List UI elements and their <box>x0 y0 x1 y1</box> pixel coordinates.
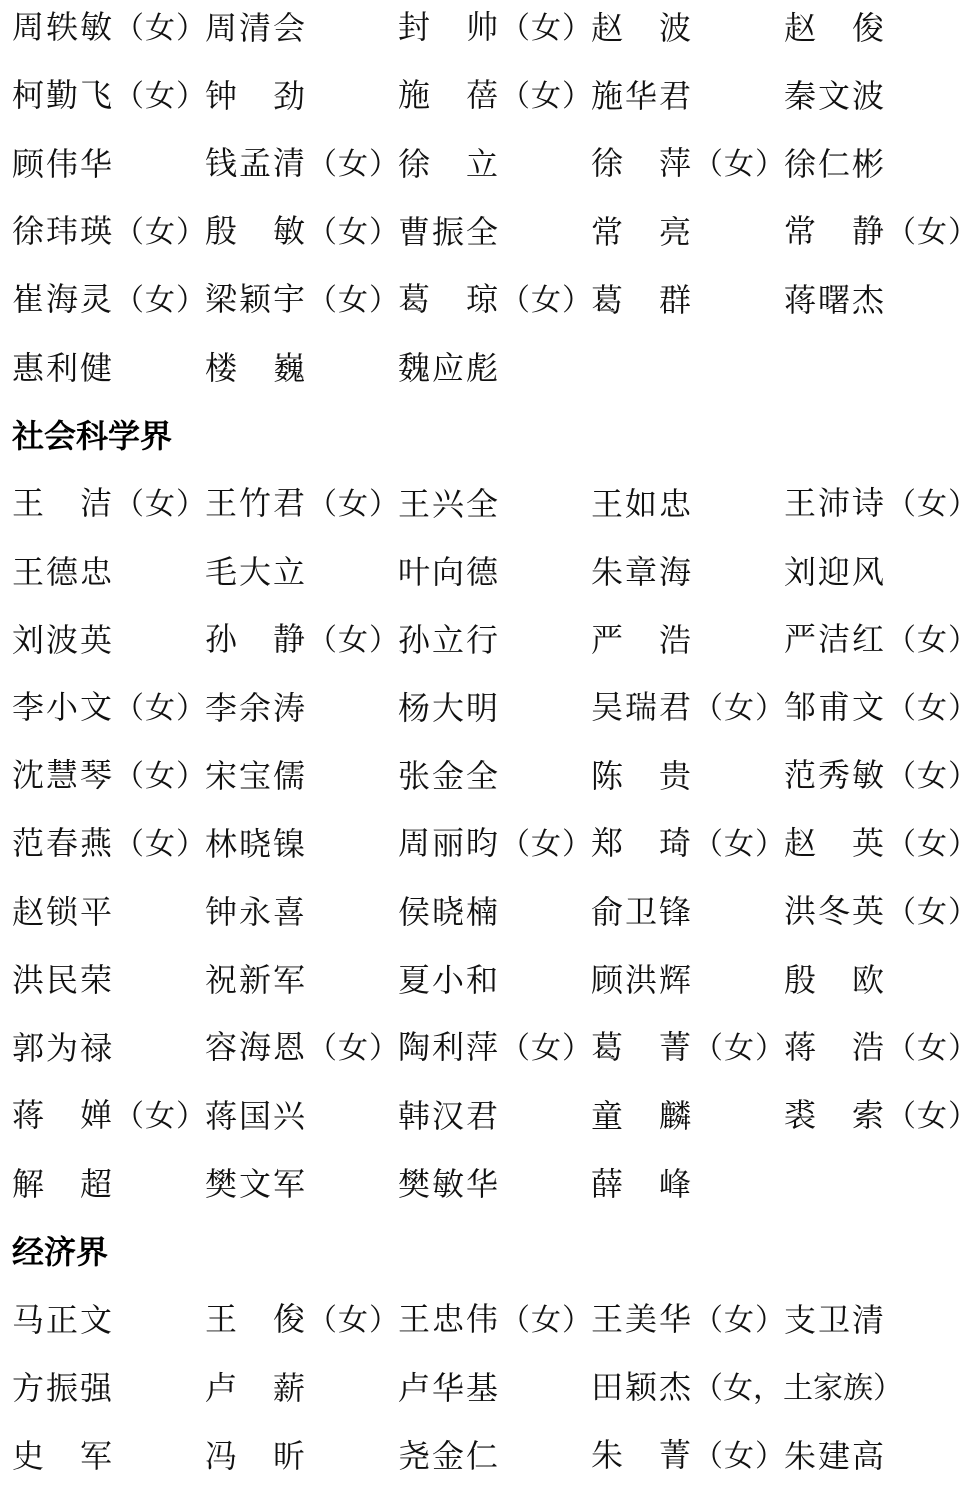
sections-container: 周轶敏（女）周清会封 帅（女）赵 波赵 俊柯勤飞（女）钟 劲施 蓓（女）施华君秦… <box>12 0 974 1490</box>
name-entry: 卢华基 <box>398 1354 591 1422</box>
name-entry: 支卫清 <box>784 1286 974 1354</box>
name-entry: 童 麟 <box>591 1082 784 1150</box>
name-entry: 秦文波 <box>784 62 974 130</box>
name-entry: 孙 静（女） <box>205 605 398 675</box>
name-entry: 洪冬英（女） <box>784 877 974 947</box>
name-entry: 范秀敏（女） <box>784 741 974 811</box>
name-entry: 崔海灵（女） <box>12 265 205 335</box>
name-entry: 魏应彪 <box>398 334 591 402</box>
name-entry: 赵 英（女） <box>784 809 974 879</box>
name-entry: 李小文（女） <box>12 673 205 743</box>
name-entry: 李余涛 <box>205 674 398 742</box>
name-entry: 夏小和 <box>398 946 591 1014</box>
name-entry: 王竹君（女） <box>205 469 398 539</box>
name-entry: 王沛诗（女） <box>784 469 974 539</box>
name-entry: 林晓镍 <box>205 810 398 878</box>
names-grid: 马正文王 俊（女）王忠伟（女）王美华（女）支卫清方振强卢 薪卢华基田颖杰（女，土… <box>12 1286 974 1490</box>
name-entry: 陶利萍（女） <box>398 1013 591 1083</box>
name-entry: 冯 昕 <box>205 1422 398 1490</box>
name-entry: 王 洁（女） <box>12 469 205 539</box>
name-entry: 赵 俊 <box>784 0 974 62</box>
name-entry: 常 静（女） <box>784 197 974 267</box>
name-entry: 樊敏华 <box>398 1150 591 1218</box>
name-entry: 解 超 <box>12 1150 205 1218</box>
name-entry: 裘 索（女） <box>784 1081 974 1151</box>
name-entry: 祝新军 <box>205 946 398 1014</box>
name-entry: 朱建高 <box>784 1422 974 1490</box>
section-heading: 社会科学界 <box>12 402 974 470</box>
name-entry: 王 俊（女） <box>205 1285 398 1355</box>
name-entry: 殷 欧 <box>784 946 974 1014</box>
section: 经济界马正文王 俊（女）王忠伟（女）王美华（女）支卫清方振强卢 薪卢华基田颖杰（… <box>12 1218 974 1490</box>
name-entry: 郭为禄 <box>12 1014 205 1082</box>
name-entry: 朱章海 <box>591 538 784 606</box>
name-entry: 薛 峰 <box>591 1150 784 1218</box>
name-entry: 顾伟华 <box>12 130 205 198</box>
name-entry: 葛 群 <box>591 266 784 334</box>
section: 周轶敏（女）周清会封 帅（女）赵 波赵 俊柯勤飞（女）钟 劲施 蓓（女）施华君秦… <box>12 0 974 402</box>
name-entry: 孙立行 <box>398 606 591 674</box>
name-entry: 陈 贵 <box>591 742 784 810</box>
name-entry: 蒋 婵（女） <box>12 1081 205 1151</box>
name-entry: 葛 菁（女） <box>591 1013 784 1083</box>
name-entry: 梁颖宇（女） <box>205 265 398 335</box>
name-entry: 史 军 <box>12 1422 205 1490</box>
name-entry: 施 蓓（女） <box>398 61 591 131</box>
name-entry: 杨大明 <box>398 674 591 742</box>
name-entry: 邹甫文（女） <box>784 673 974 743</box>
name-entry: 尧金仁 <box>398 1422 591 1490</box>
name-entry: 曹振全 <box>398 198 591 266</box>
name-list-document: 周轶敏（女）周清会封 帅（女）赵 波赵 俊柯勤飞（女）钟 劲施 蓓（女）施华君秦… <box>12 0 974 1490</box>
name-entry: 俞卫锋 <box>591 878 784 946</box>
name-entry: 韩汉君 <box>398 1082 591 1150</box>
name-entry: 钱孟清（女） <box>205 129 398 199</box>
name-entry: 卢 薪 <box>205 1354 398 1422</box>
name-entry: 容海恩（女） <box>205 1013 398 1083</box>
name-entry: 殷 敏（女） <box>205 197 398 267</box>
name-entry: 柯勤飞（女） <box>12 61 205 131</box>
name-entry: 沈慧琴（女） <box>12 741 205 811</box>
name-entry: 毛大立 <box>205 538 398 606</box>
name-entry: 张金全 <box>398 742 591 810</box>
name-entry: 赵 波 <box>591 0 784 62</box>
name-entry: 叶向德 <box>398 538 591 606</box>
name-entry: 方振强 <box>12 1354 205 1422</box>
name-entry: 马正文 <box>12 1286 205 1354</box>
name-entry: 钟永喜 <box>205 878 398 946</box>
name-entry: 蒋国兴 <box>205 1082 398 1150</box>
name-entry: 钟 劲 <box>205 62 398 130</box>
name-entry: 赵锁平 <box>12 878 205 946</box>
name-entry: 刘波英 <box>12 606 205 674</box>
name-entry: 吴瑞君（女） <box>591 673 784 743</box>
name-entry: 朱 菁（女） <box>591 1421 784 1491</box>
name-entry: 田颖杰（女，土家族） <box>591 1353 974 1423</box>
name-entry: 范春燕（女） <box>12 809 205 879</box>
name-entry: 王德忠 <box>12 538 205 606</box>
name-entry: 徐 萍（女） <box>591 129 784 199</box>
name-entry: 常 亮 <box>591 198 784 266</box>
name-entry: 蒋 浩（女） <box>784 1013 974 1083</box>
section-heading: 经济界 <box>12 1218 974 1286</box>
name-entry: 郑 琦（女） <box>591 809 784 879</box>
name-entry: 周清会 <box>205 0 398 62</box>
name-entry: 严 浩 <box>591 606 784 674</box>
name-entry: 徐 立 <box>398 130 591 198</box>
name-entry: 周丽昀（女） <box>398 809 591 879</box>
name-entry: 封 帅（女） <box>398 0 591 63</box>
name-entry: 宋宝儒 <box>205 742 398 810</box>
name-entry: 葛 琼（女） <box>398 265 591 335</box>
name-entry: 徐玮瑛（女） <box>12 197 205 267</box>
name-entry: 刘迎风 <box>784 538 974 606</box>
name-entry: 王美华（女） <box>591 1285 784 1355</box>
name-entry: 王如忠 <box>591 470 784 538</box>
name-entry: 顾洪辉 <box>591 946 784 1014</box>
name-entry: 王兴全 <box>398 470 591 538</box>
names-grid: 周轶敏（女）周清会封 帅（女）赵 波赵 俊柯勤飞（女）钟 劲施 蓓（女）施华君秦… <box>12 0 974 402</box>
name-entry: 樊文军 <box>205 1150 398 1218</box>
name-entry: 惠利健 <box>12 334 205 402</box>
name-entry: 蒋曙杰 <box>784 266 974 334</box>
name-entry: 徐仁彬 <box>784 130 974 198</box>
name-entry: 楼 巍 <box>205 334 398 402</box>
name-entry: 王忠伟（女） <box>398 1285 591 1355</box>
name-entry: 洪民荣 <box>12 946 205 1014</box>
names-grid: 王 洁（女）王竹君（女）王兴全王如忠王沛诗（女）王德忠毛大立叶向德朱章海刘迎风刘… <box>12 470 974 1218</box>
name-entry: 周轶敏（女） <box>12 0 205 63</box>
name-entry: 严洁红（女） <box>784 605 974 675</box>
name-entry: 侯晓楠 <box>398 878 591 946</box>
section: 社会科学界王 洁（女）王竹君（女）王兴全王如忠王沛诗（女）王德忠毛大立叶向德朱章… <box>12 402 974 1218</box>
name-entry: 施华君 <box>591 62 784 130</box>
